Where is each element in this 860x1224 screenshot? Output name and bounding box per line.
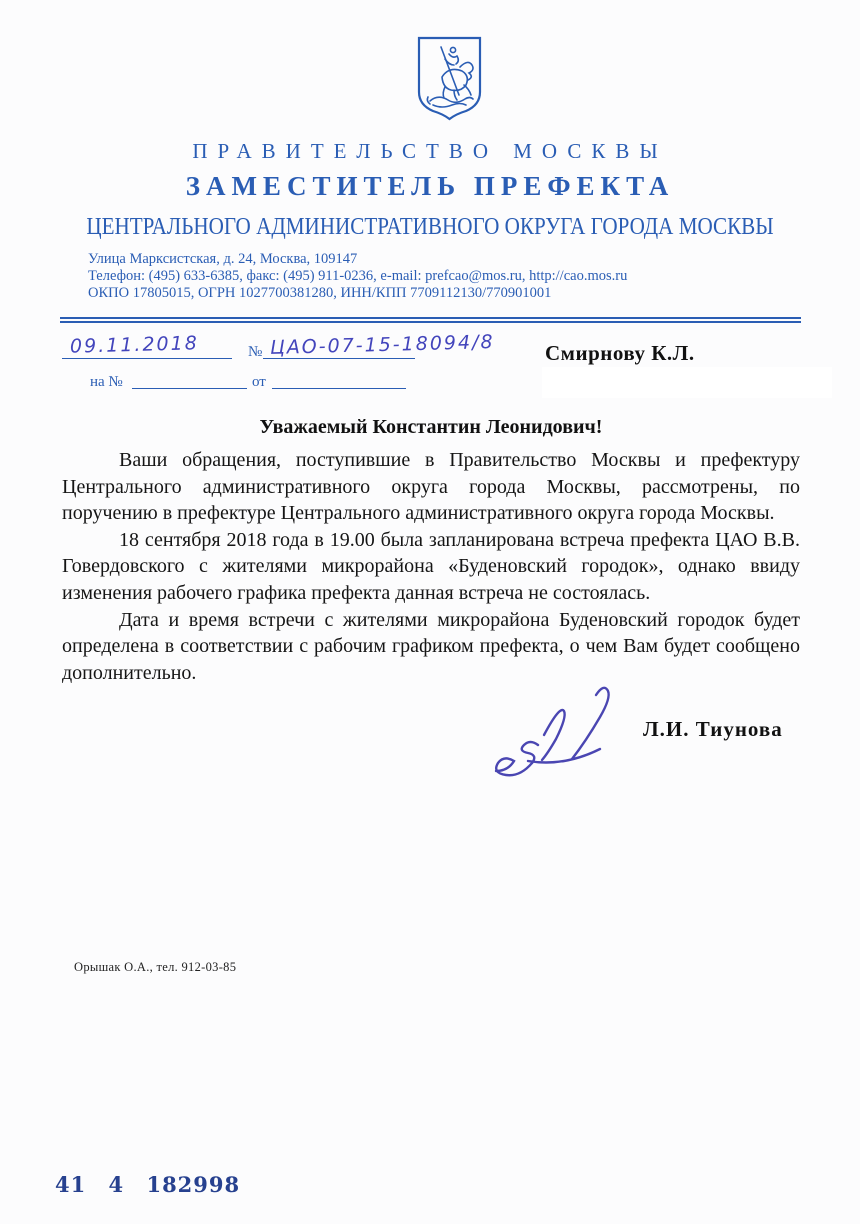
reply-from-label: от bbox=[252, 374, 266, 391]
date-underline bbox=[62, 358, 232, 359]
district-subtitle: ЦЕНТРАЛЬНОГО АДМИНИСТРАТИВНОГО ОКРУГА ГО… bbox=[52, 214, 809, 241]
letterhead-contact-block: Улица Марксистская, д. 24, Москва, 10914… bbox=[88, 251, 627, 301]
reply-number-label: на № bbox=[90, 374, 123, 391]
address-line: Улица Марксистская, д. 24, Москва, 10914… bbox=[88, 251, 627, 268]
handwritten-number: ЦАО-07-15-18094/8 bbox=[270, 331, 495, 359]
handwritten-date: 09.11.2018 bbox=[70, 332, 199, 357]
paragraph-1: Ваши обращения, поступившие в Правительс… bbox=[62, 447, 800, 527]
moscow-coat-of-arms-icon bbox=[416, 35, 483, 121]
paragraph-2: 18 сентября 2018 года в 19.00 была запла… bbox=[62, 527, 800, 607]
divider-rule-top bbox=[60, 317, 801, 319]
signer-name: Л.И. Тиунова bbox=[643, 717, 783, 742]
form-number: 41 4 182998 bbox=[55, 1172, 240, 1197]
number-label: № bbox=[248, 344, 262, 361]
registration-line: ОКПО 17805015, ОГРН 1027700381280, ИНН/К… bbox=[88, 285, 627, 302]
redacted-address-box bbox=[542, 367, 832, 398]
addressee-name: Смирнову К.Л. bbox=[545, 341, 695, 366]
letter-body: Ваши обращения, поступившие в Правительс… bbox=[62, 447, 800, 686]
executor-contact: Орышак О.А., тел. 912-03-85 bbox=[74, 960, 236, 975]
office-title: ЗАМЕСТИТЕЛЬ ПРЕФЕКТА bbox=[0, 171, 860, 202]
salutation: Уважаемый Константин Леонидович! bbox=[62, 416, 800, 439]
government-title: ПРАВИТЕЛЬСТВО МОСКВЫ bbox=[0, 139, 860, 164]
handwritten-signature bbox=[468, 683, 633, 783]
contacts-line: Телефон: (495) 633-6385, факс: (495) 911… bbox=[88, 268, 627, 285]
paragraph-3: Дата и время встречи с жителями микрорай… bbox=[62, 607, 800, 687]
letter-page: ПРАВИТЕЛЬСТВО МОСКВЫ ЗАМЕСТИТЕЛЬ ПРЕФЕКТ… bbox=[0, 0, 860, 1224]
divider-rule-bottom bbox=[60, 321, 801, 323]
reply-number-underline bbox=[132, 388, 247, 389]
reply-date-underline bbox=[272, 388, 406, 389]
